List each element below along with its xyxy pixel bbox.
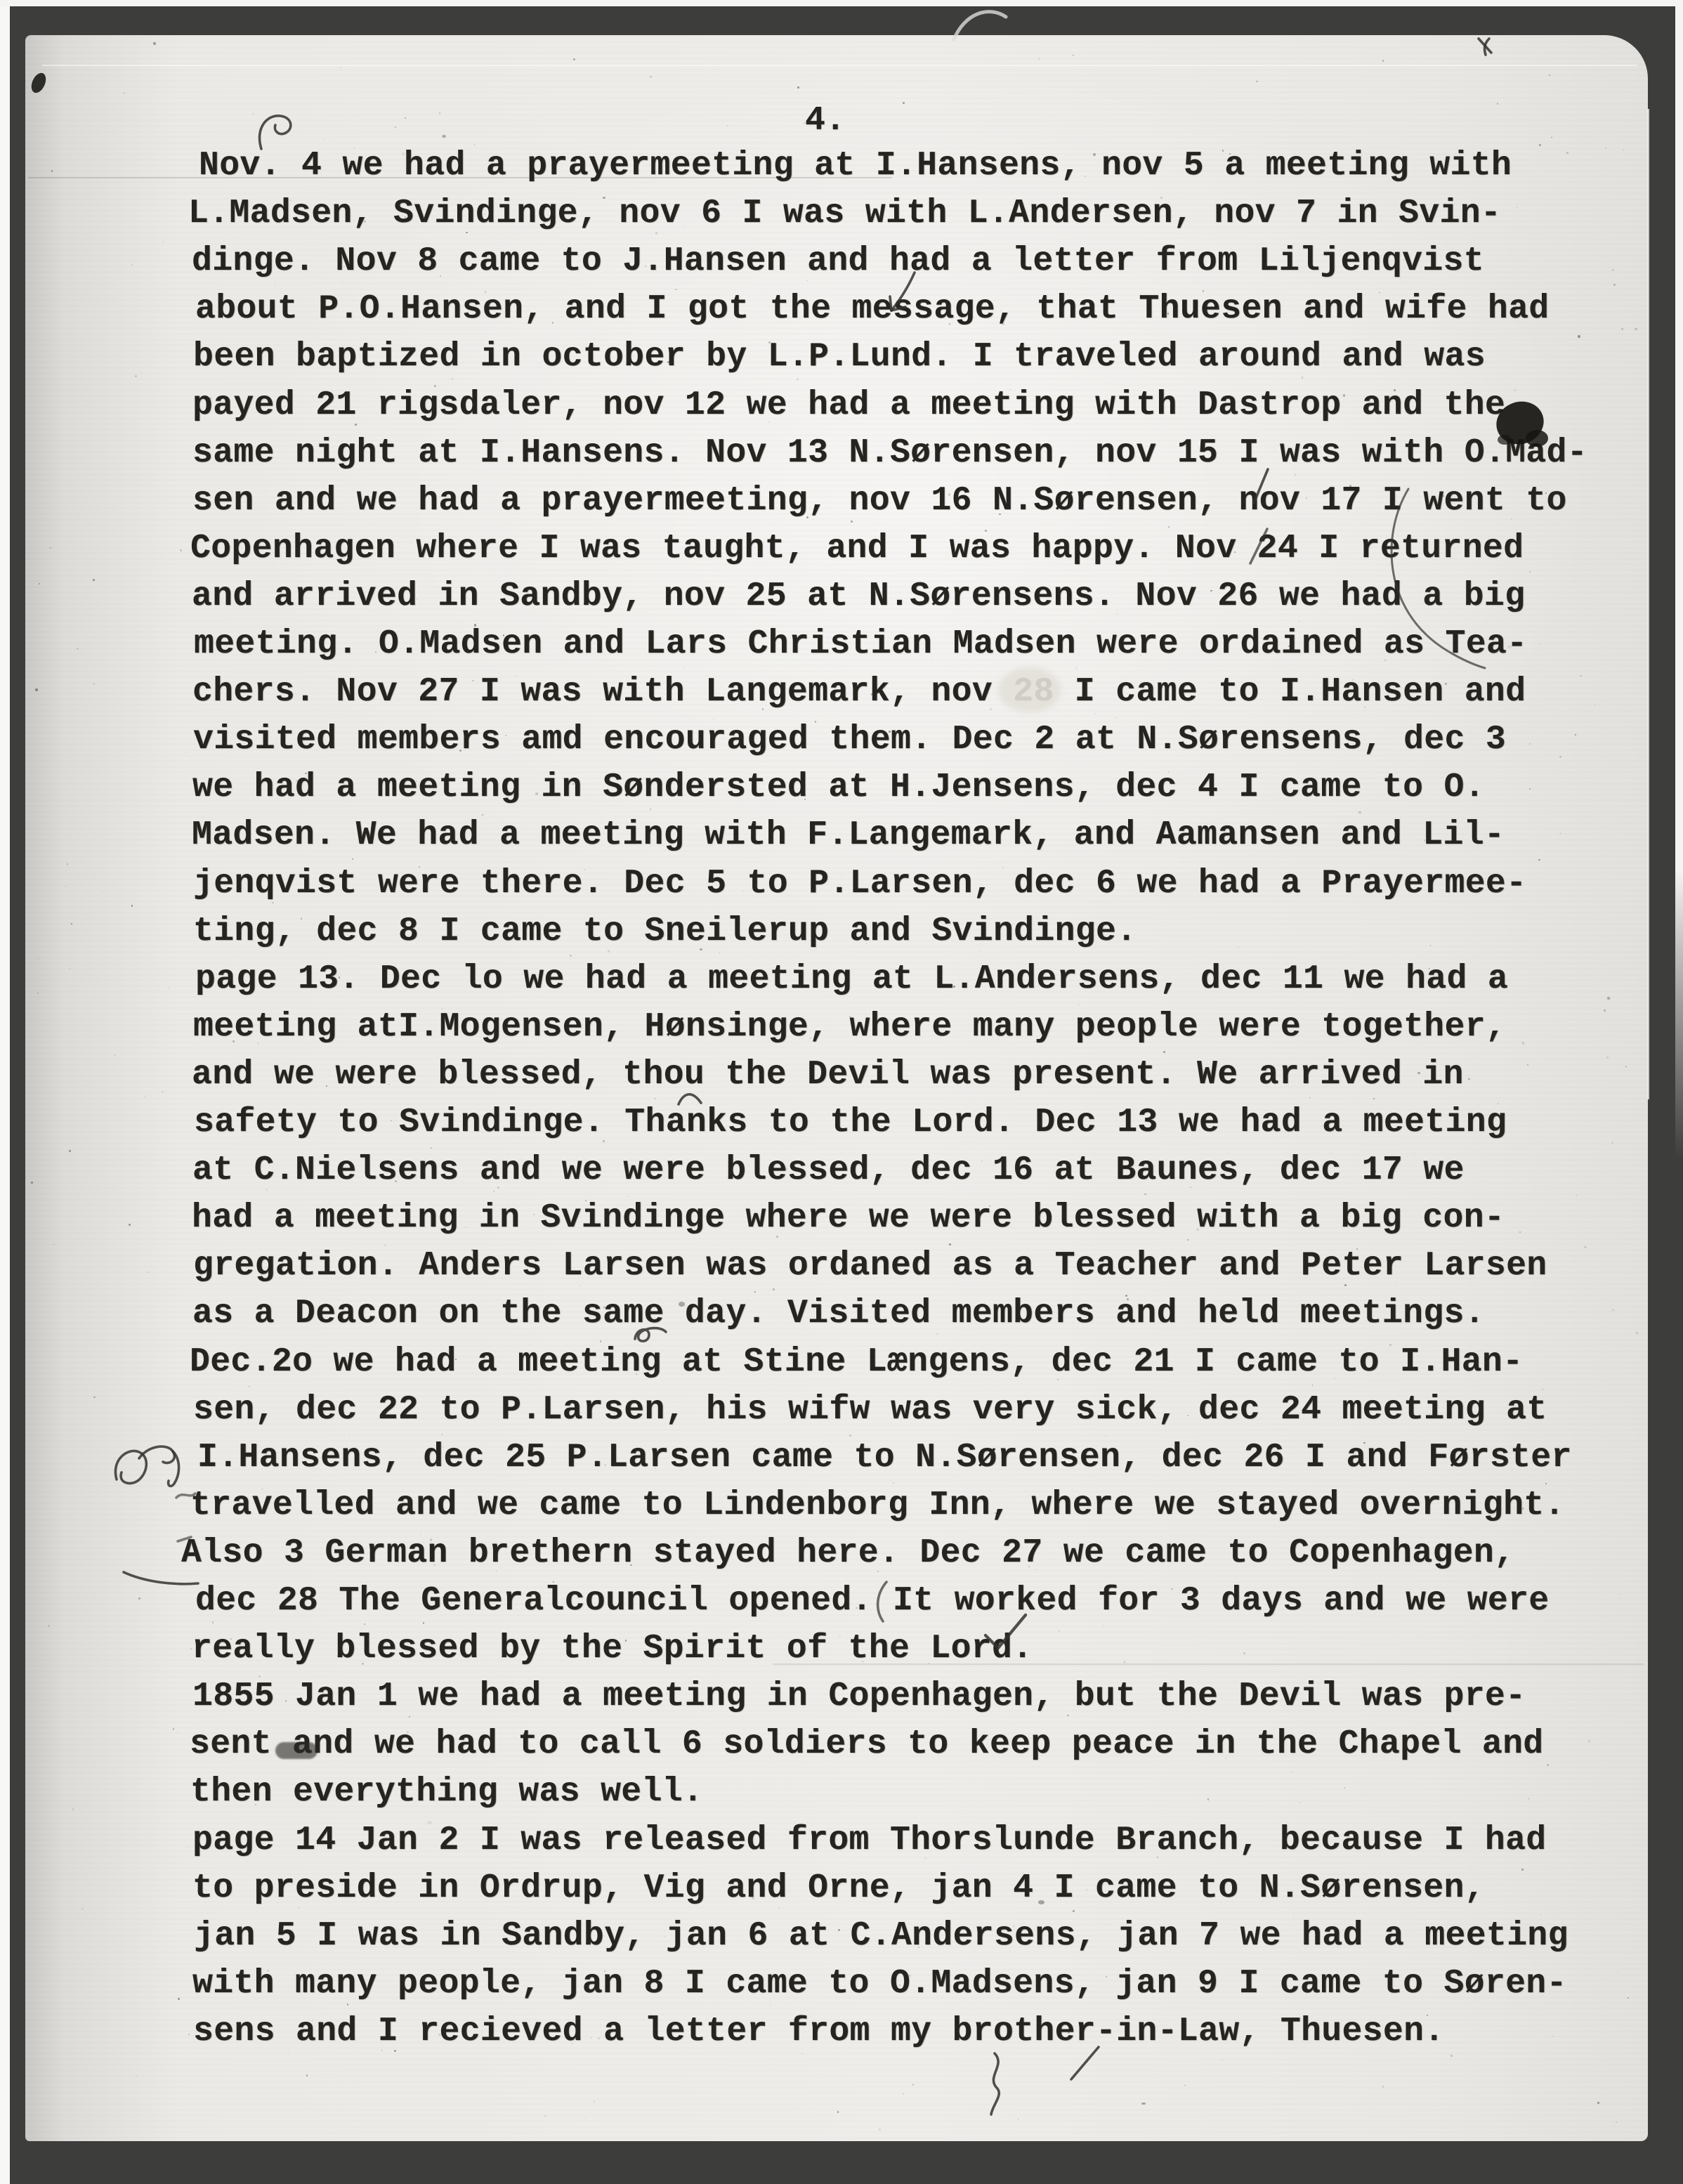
text-line: chers. Nov 27 I was with Langemark, nov …: [192, 675, 1526, 709]
text-line: at C.Nielsens and we were blessed, dec 1…: [192, 1153, 1465, 1187]
text-line: gregation. Anders Larsen was ordaned as …: [193, 1249, 1547, 1283]
text-line: page 14 Jan 2 I was released from Thorsl…: [192, 1824, 1547, 1857]
text-line: we had a meeting in Søndersted at H.Jens…: [192, 771, 1485, 804]
text-line: 1855 Jan 1 we had a meeting in Copenhage…: [192, 1680, 1526, 1713]
text-line: L.Madsen, Svindinge, nov 6 I was with L.…: [188, 197, 1501, 230]
text-line: meeting. O.Madsen and Lars Christian Mad…: [194, 627, 1527, 661]
text-line: payed 21 rigsdaler, nov 12 we had a meet…: [192, 388, 1505, 422]
text-line: really blessed by the Spirit of the Lord…: [192, 1632, 1033, 1666]
text-line: meeting atI.Mogensen, Hønsinge, where ma…: [193, 1010, 1506, 1044]
text-line: safety to Svindinge. Thanks to the Lord.…: [194, 1106, 1507, 1139]
text-line: as a Deacon on the same day. Visited mem…: [192, 1297, 1485, 1330]
text-line: and arrived in Sandby, nov 25 at N.Søren…: [192, 580, 1525, 613]
text-line: Copenhagen where I was taught, and I was…: [190, 532, 1524, 565]
text-line: Madsen. We had a meeting with F.Langemar…: [192, 818, 1505, 852]
text-line: jan 5 I was in Sandby, jan 6 at C.Anders…: [194, 1919, 1569, 1953]
text-line: Nov. 4 we had a prayermeeting at I.Hanse…: [199, 149, 1512, 183]
text-line: ting, dec 8 I came to Sneilerup and Svin…: [193, 915, 1137, 948]
text-line: sent and we had to call 6 soldiers to ke…: [190, 1727, 1544, 1761]
text-line: and we were blessed, thou the Devil was …: [192, 1058, 1464, 1092]
text-line: sen, dec 22 to P.Larsen, his wifw was ve…: [193, 1393, 1547, 1427]
text-line: dinge. Nov 8 came to J.Hansen and had a …: [192, 244, 1484, 278]
text-line: had a meeting in Svindinge where we were…: [192, 1201, 1505, 1235]
text-line: Dec.2o we had a meeting at Stine Længens…: [190, 1345, 1523, 1379]
film-edge-line: [1647, 109, 1649, 1099]
text-line: been baptized in october by L.P.Lund. I …: [193, 340, 1486, 374]
scanner-edge-left: [0, 0, 10, 2184]
scanned-document-photo: 4. Nov. 4 we had a prayermeeting at I.Ha…: [0, 0, 1683, 2184]
scanner-edge-top: [0, 0, 1683, 6]
text-line: same night at I.Hansens. Nov 13 N.Sørens…: [192, 436, 1587, 470]
text-line: then everything was well.: [190, 1775, 703, 1809]
text-line: jenqvist were there. Dec 5 to P.Larsen, …: [193, 867, 1526, 901]
text-line: Also 3 German brethern stayed here. Dec …: [181, 1536, 1514, 1570]
text-line: about P.O.Hansen, and I got the message,…: [195, 292, 1550, 326]
text-line: with many people, jan 8 I came to O.Mads…: [192, 1967, 1567, 2001]
text-line: dec 28 The Generalcouncil opened. It wor…: [195, 1584, 1550, 1618]
text-line: sen and we had a prayermeeting, nov 16 N…: [192, 484, 1567, 518]
page-number: 4.: [805, 104, 846, 138]
text-line: visited members amd encouraged them. Dec…: [193, 723, 1506, 757]
text-line: sens and I recieved a letter from my bro…: [193, 2015, 1445, 2048]
scanner-edge-right: [1675, 0, 1683, 1159]
text-line: travelled and we came to Lindenborg Inn,…: [190, 1489, 1565, 1522]
text-line: I.Hansens, dec 25 P.Larsen came to N.Sør…: [197, 1441, 1572, 1474]
text-line: page 13. Dec lo we had a meeting at L.An…: [195, 962, 1508, 996]
text-line: to preside in Ordrup, Vig and Orne, jan …: [192, 1871, 1485, 1905]
